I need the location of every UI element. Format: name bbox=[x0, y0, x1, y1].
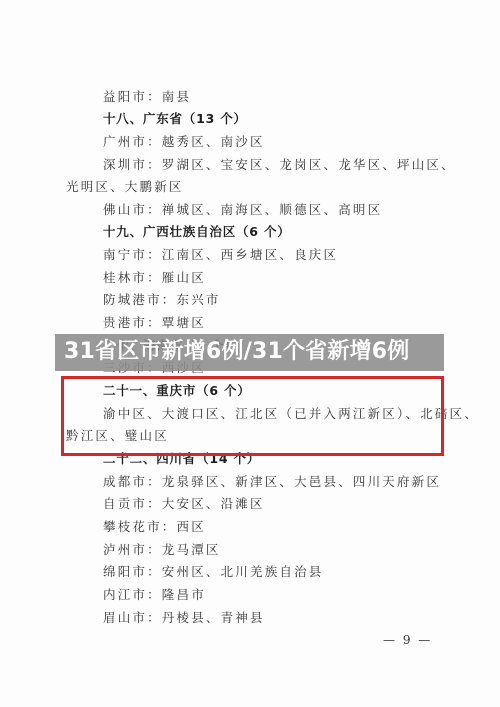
banner-title: 31省区市新增6例/31个省新增6例 bbox=[64, 336, 409, 368]
list-item: 自贡市：大安区、沿滩区 bbox=[103, 496, 265, 512]
title-banner: 31省区市新增6例/31个省新增6例 bbox=[55, 334, 444, 371]
list-item: 成都市：龙泉驿区、新津区、大邑县、四川天府新区 bbox=[103, 474, 441, 490]
list-item: 贵港市：覃塘区 bbox=[103, 315, 206, 331]
list-item: 佛山市：禅城区、南海区、顺德区、高明区 bbox=[103, 202, 382, 218]
section-heading-guangxi: 十九、广西壮族自治区（6 个） bbox=[103, 224, 291, 240]
list-item: 深圳市：罗湖区、宝安区、龙岗区、龙华区、坪山区、 bbox=[103, 157, 456, 173]
list-item: 广州市：越秀区、南沙区 bbox=[103, 134, 265, 150]
page-number: — 9 — bbox=[383, 633, 432, 647]
list-item: 内江市：隆昌市 bbox=[103, 587, 206, 603]
list-item: 眉山市：丹棱县、青神县 bbox=[103, 610, 265, 626]
section-heading-guangdong: 十八、广东省（13 个） bbox=[103, 111, 247, 127]
list-item: 南宁市：江南区、西乡塘区、良庆区 bbox=[103, 247, 338, 263]
chongqing-highlight-box bbox=[61, 376, 444, 456]
document-page: 益阳市：南县 十八、广东省（13 个） 广州市：越秀区、南沙区 深圳市：罗湖区、… bbox=[0, 0, 500, 707]
list-item: 桂林市：雁山区 bbox=[103, 270, 206, 286]
list-item: 绵阳市：安州区、北川羌族自治县 bbox=[103, 564, 324, 580]
list-item-continuation: 光明区、大鹏新区 bbox=[66, 179, 184, 195]
list-item: 防城港市：东兴市 bbox=[103, 292, 221, 308]
list-item: 攀枝花市：西区 bbox=[103, 519, 206, 535]
list-item: 益阳市：南县 bbox=[103, 89, 191, 105]
list-item: 泸州市：龙马潭区 bbox=[103, 542, 221, 558]
